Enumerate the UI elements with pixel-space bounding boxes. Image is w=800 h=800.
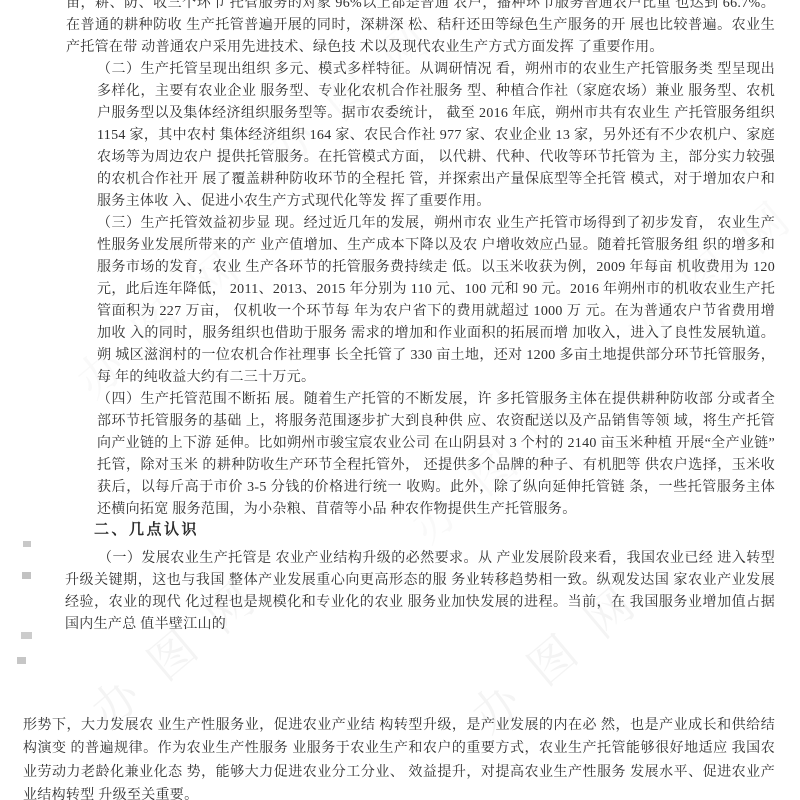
paragraph-point-1: （一）发展农业生产托管是 农业产业结构升级的必然要求。从 产业发展阶段来看，我国… bbox=[65, 548, 775, 636]
insights-section: 二、几点认识 （一）发展农业生产托管是 农业产业结构升级的必然要求。从 产业发展… bbox=[0, 519, 775, 636]
section-heading: 二、几点认识 bbox=[94, 519, 775, 541]
findings-section: 亩，耕、防、收三个环节 托管服务的对象 96%以上都是普通 农户，播种环节服务普… bbox=[0, 0, 775, 521]
paragraph-point-3: （三）生产托管效益初步显 现。经过近几年的发展，朔州市农 业生产托管市场得到了初… bbox=[97, 213, 775, 389]
paragraph-point-2: （二）生产托管呈现出组织 多元、模式多样特征。从调研情况 看，朔州市的农业生产托… bbox=[97, 59, 775, 213]
document-page: 办图网 办图网 办图网 办图网 办图网 办图网 亩，耕、防、收三个环节 托管服务… bbox=[0, 0, 800, 800]
paragraph-continuation-top: 亩，耕、防、收三个环节 托管服务的对象 96%以上都是普通 农户，播种环节服务普… bbox=[66, 0, 775, 59]
scan-artifact-square bbox=[17, 657, 26, 664]
paragraph-point-4: （四）生产托管范围不断拓 展。随着生产托管的不断发展，许 多托管服务主体在提供耕… bbox=[97, 389, 775, 521]
continuation-block-bottom: 形势下，大力发展农 业生产性服务业，促进农业产业结 构转型升级，是产业发展的内在… bbox=[23, 714, 775, 800]
paragraph-continuation-bottom: 形势下，大力发展农 业生产性服务业，促进农业产业结 构转型升级，是产业发展的内在… bbox=[23, 714, 775, 800]
